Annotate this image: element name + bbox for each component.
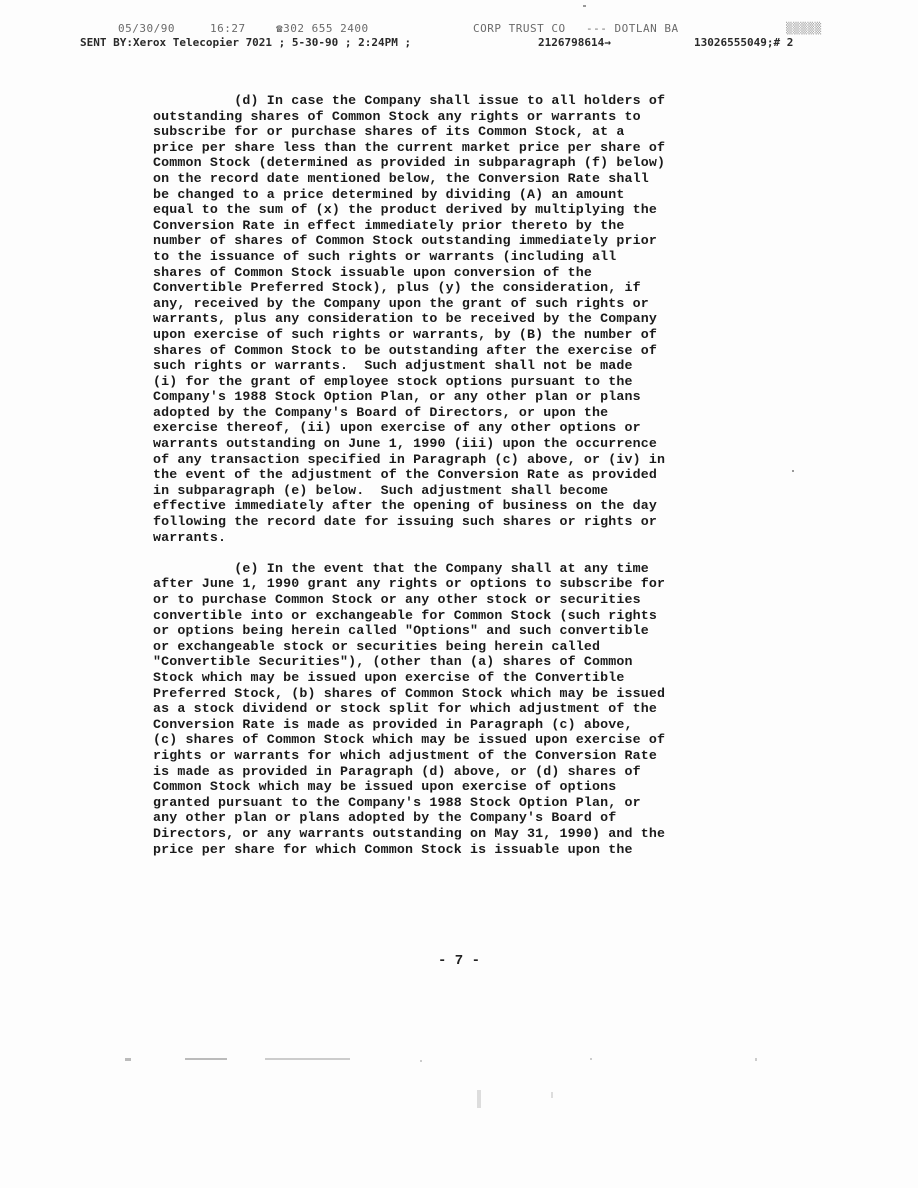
paragraph-spacer [153,545,773,561]
text-line: effective immediately after the opening … [153,498,773,514]
fax-extra: --- DOTLAN BA [586,22,679,35]
text-line: price per share less than the current ma… [153,140,773,156]
text-line: or options being herein called "Options"… [153,623,773,639]
text-line: convertible into or exchangeable for Com… [153,608,773,624]
text-line: following the record date for issuing su… [153,514,773,530]
text-line: on the record date mentioned below, the … [153,171,773,187]
text-line: any other plan or plans adopted by the C… [153,810,773,826]
text-line: such rights or warrants. Such adjustment… [153,358,773,374]
text-line: Conversion Rate is made as provided in P… [153,717,773,733]
text-line: Common Stock (determined as provided in … [153,155,773,171]
text-line: outstanding shares of Common Stock any r… [153,109,773,125]
fax-date: 05/30/90 [118,22,175,35]
text-line: the event of the adjustment of the Conve… [153,467,773,483]
fax-time: 16:27 [210,22,246,35]
fax-phone: ☎302 655 2400 [276,22,369,35]
fax-page-ref: ▒▒▒▒▒ [786,22,822,35]
paragraph-e: (e) In the event that the Company shall … [153,561,773,857]
text-line: (c) shares of Common Stock which may be … [153,732,773,748]
text-line: any, received by the Company upon the gr… [153,296,773,312]
text-line: Preferred Stock, (b) shares of Common St… [153,686,773,702]
text-line: subscribe for or purchase shares of its … [153,124,773,140]
fax-transmission-header-line2: SENT BY:Xerox Telecopier 7021 ; 5-30-90 … [80,36,900,52]
text-line: price per share for which Common Stock i… [153,842,773,858]
document-body: (d) In case the Company shall issue to a… [153,93,773,857]
text-line: Conversion Rate in effect immediately pr… [153,218,773,234]
text-line: Company's 1988 Stock Option Plan, or any… [153,389,773,405]
page-number: - 7 - [0,953,918,969]
text-line: shares of Common Stock to be outstanding… [153,343,773,359]
text-line: Directors, or any warrants outstanding o… [153,826,773,842]
text-line: be changed to a price determined by divi… [153,187,773,203]
text-line: exercise thereof, (ii) upon exercise of … [153,420,773,436]
text-line: shares of Common Stock issuable upon con… [153,265,773,281]
text-line: is made as provided in Paragraph (d) abo… [153,764,773,780]
text-line: of any transaction specified in Paragrap… [153,452,773,468]
text-line: as a stock dividend or stock split for w… [153,701,773,717]
text-line: or exchangeable stock or securities bein… [153,639,773,655]
text-line: number of shares of Common Stock outstan… [153,233,773,249]
fax-sent-by: SENT BY:Xerox Telecopier 7021 ; 5-30-90 … [80,36,411,49]
text-line: or to purchase Common Stock or any other… [153,592,773,608]
text-line: upon exercise of such rights or warrants… [153,327,773,343]
text-line: to the issuance of such rights or warran… [153,249,773,265]
text-line: warrants, plus any consideration to be r… [153,311,773,327]
text-line: Common Stock which may be issued upon ex… [153,779,773,795]
text-line: Stock which may be issued upon exercise … [153,670,773,686]
paragraph-d: (d) In case the Company shall issue to a… [153,93,773,545]
text-line: Convertible Preferred Stock), plus (y) t… [153,280,773,296]
text-line: granted pursuant to the Company's 1988 S… [153,795,773,811]
text-line: warrants. [153,530,773,546]
text-line: adopted by the Company's Board of Direct… [153,405,773,421]
fax-to-number: 2126798614→ [538,36,611,49]
fax-sender: CORP TRUST CO [473,22,566,35]
text-line: rights or warrants for which adjustment … [153,748,773,764]
text-line: "Convertible Securities"), (other than (… [153,654,773,670]
text-line: after June 1, 1990 grant any rights or o… [153,576,773,592]
text-line: warrants outstanding on June 1, 1990 (ii… [153,436,773,452]
text-line: (d) In case the Company shall issue to a… [153,93,773,109]
text-line: equal to the sum of (x) the product deri… [153,202,773,218]
text-line: (e) In the event that the Company shall … [153,561,773,577]
fax-page: 05/30/90 16:27 ☎302 655 2400 CORP TRUST … [0,0,918,1188]
text-line: in subparagraph (e) below. Such adjustme… [153,483,773,499]
text-line: (i) for the grant of employee stock opti… [153,374,773,390]
fax-from-number: 13026555049;# 2 [694,36,793,49]
